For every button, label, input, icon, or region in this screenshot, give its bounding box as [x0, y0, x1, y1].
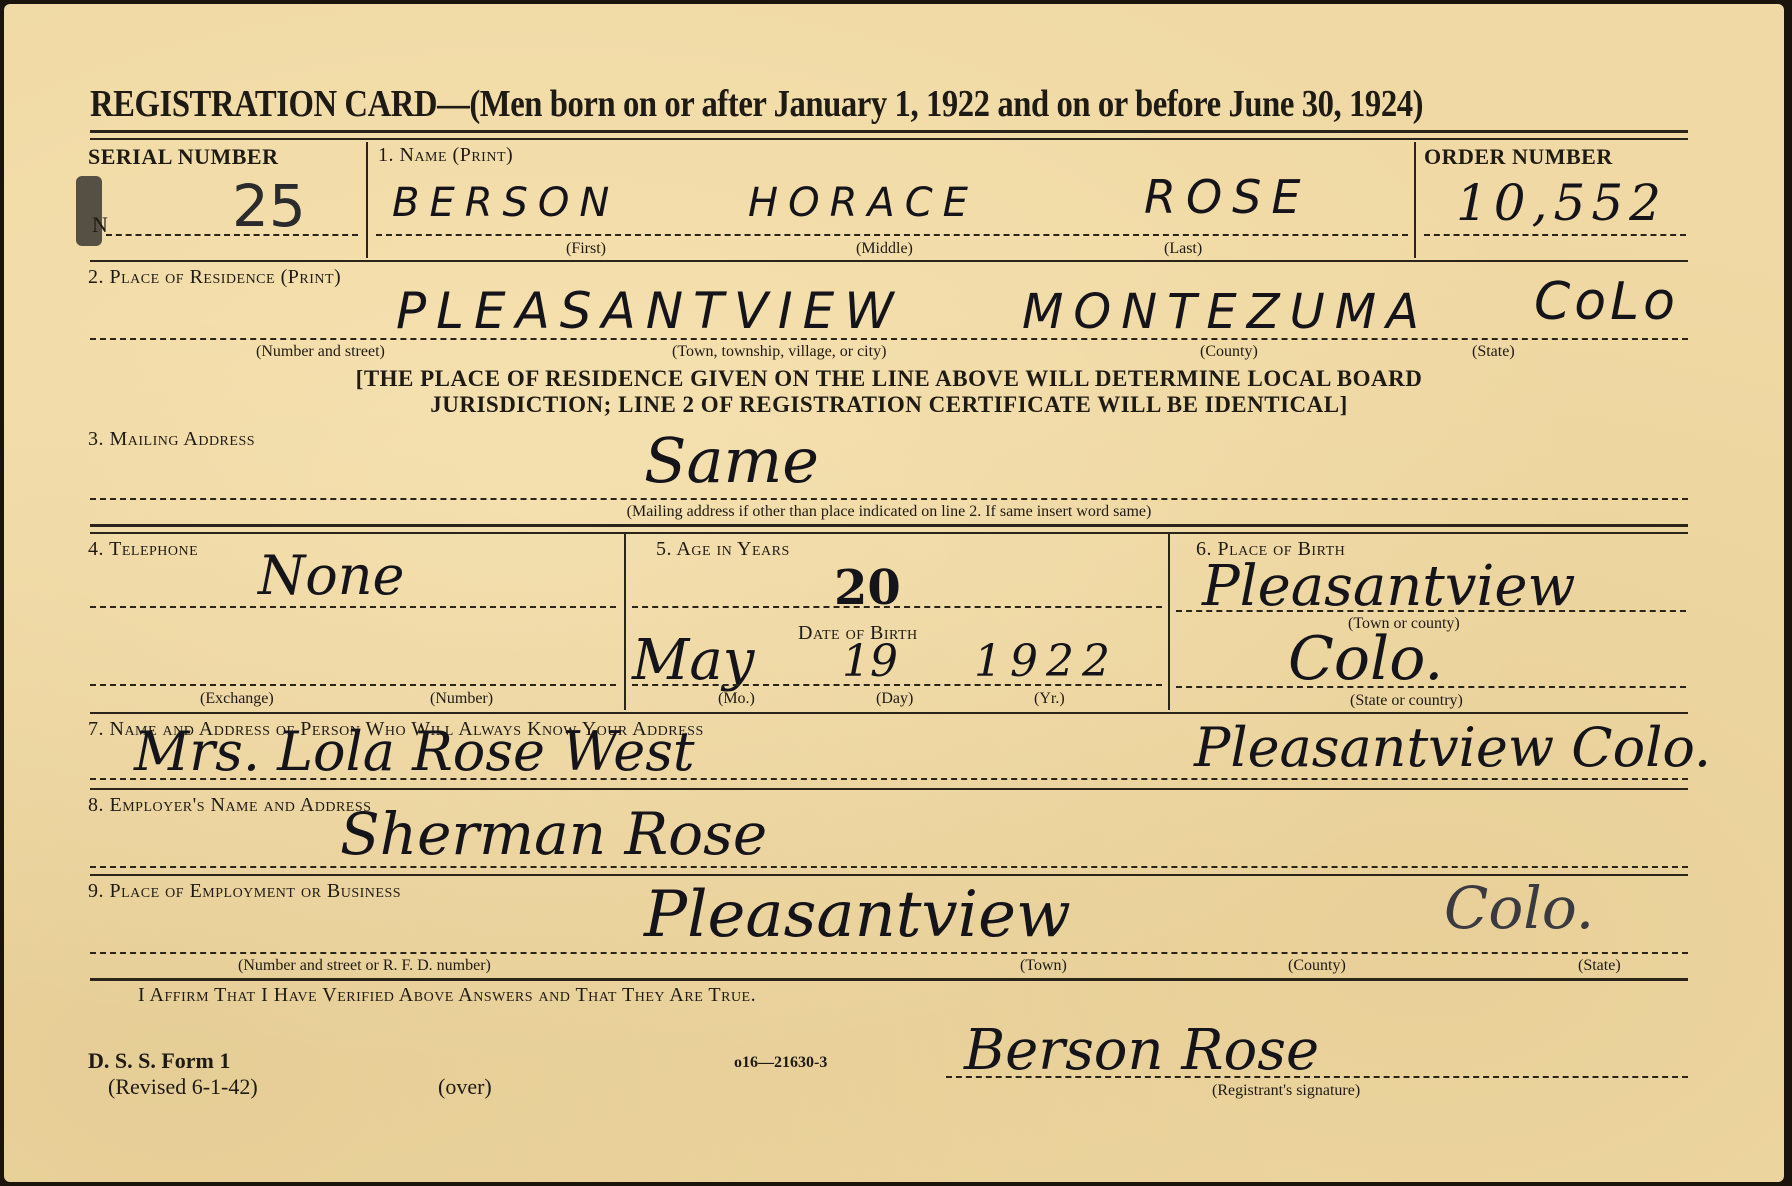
contact-name-value: Mrs. Lola Rose West — [134, 720, 695, 783]
county-caption: (County) — [1200, 343, 1258, 361]
state-caption-2: (State) — [1578, 957, 1621, 975]
employment-line — [90, 952, 1688, 954]
mailing-address-value: Same — [644, 424, 819, 497]
dob-day-value: 19 — [842, 636, 898, 687]
rule — [90, 138, 1688, 140]
year-caption: (Yr.) — [1034, 690, 1065, 708]
birthplace-line — [1176, 610, 1686, 612]
mailing-caption: (Mailing address if other than place ind… — [90, 503, 1688, 521]
first-caption: (First) — [566, 240, 606, 258]
telephone-line-2 — [90, 684, 616, 686]
divider — [1168, 534, 1170, 710]
telephone-label: 4. Telephone — [88, 538, 198, 561]
card-title: REGISTRATION CARD—(Men born on or after … — [90, 82, 1423, 126]
day-caption: (Day) — [876, 690, 913, 708]
employer-line — [90, 866, 1688, 868]
jurisdiction-notice-line2: JURISDICTION; LINE 2 OF REGISTRATION CER… — [90, 392, 1688, 418]
rule — [90, 712, 1688, 714]
mailing-line — [90, 498, 1688, 500]
order-number-value: 10,552 — [1456, 174, 1667, 232]
registrant-signature: Berson Rose — [964, 1018, 1319, 1083]
last-caption: (Last) — [1164, 240, 1202, 258]
serial-number-label: SERIAL NUMBER — [88, 144, 278, 170]
telephone-value: None — [258, 544, 405, 607]
contact-address-value: Pleasantview Colo. — [1194, 716, 1711, 779]
rule — [90, 978, 1688, 981]
affirmation-text: I Affirm That I Have Verified Above Answ… — [138, 984, 756, 1007]
serial-number-value: 25 — [232, 172, 306, 240]
telephone-line — [90, 606, 616, 608]
name-line — [376, 234, 1408, 236]
contact-line — [90, 778, 1688, 780]
rule — [90, 788, 1688, 790]
dob-year-value: 1922 — [974, 636, 1118, 687]
mailing-address-label: 3. Mailing Address — [88, 428, 255, 451]
residence-county-value: MONTEZUMA — [1022, 284, 1429, 340]
rfd-caption: (Number and street or R. F. D. number) — [238, 957, 491, 975]
name-label: 1. Name (Print) — [378, 144, 513, 167]
middle-name-value: HORACE — [748, 180, 978, 226]
employment-label: 9. Place of Employment or Business — [88, 880, 401, 903]
residence-town-value: PLEASANTVIEW — [396, 282, 904, 340]
signature-line — [946, 1076, 1688, 1078]
state-or-country-caption: (State or country) — [1350, 692, 1463, 710]
residence-state-value: CoLo — [1534, 272, 1679, 332]
number-caption: (Number) — [430, 690, 493, 708]
employer-label: 8. Employer's Name and Address — [88, 794, 371, 817]
town-caption: (Town, township, village, or city) — [672, 343, 886, 361]
order-number-label: ORDER NUMBER — [1424, 144, 1613, 170]
print-code: o16—21630-3 — [734, 1054, 827, 1072]
street-caption: (Number and street) — [256, 343, 385, 361]
jurisdiction-notice-line1: [THE PLACE OF RESIDENCE GIVEN ON THE LIN… — [90, 366, 1688, 392]
birthplace-state-value: Colo. — [1288, 624, 1443, 694]
employer-value: Sherman Rose — [340, 800, 767, 868]
residence-line — [90, 338, 1688, 340]
last-name-value: ROSE — [1144, 170, 1310, 224]
divider — [366, 142, 368, 258]
serial-line — [106, 234, 358, 236]
over-note: (over) — [438, 1074, 492, 1100]
county-caption-2: (County) — [1288, 957, 1346, 975]
form-number: D. S. S. Form 1 — [88, 1048, 230, 1074]
exchange-caption: (Exchange) — [200, 690, 274, 708]
middle-caption: (Middle) — [856, 240, 913, 258]
residence-label: 2. Place of Residence (Print) — [88, 266, 341, 289]
month-caption: (Mo.) — [718, 690, 755, 708]
dob-line — [632, 684, 1162, 686]
employment-state-value: Colo. — [1444, 874, 1594, 942]
registration-card: REGISTRATION CARD—(Men born on or after … — [4, 4, 1784, 1182]
birthplace-state-line — [1176, 686, 1686, 688]
order-line — [1424, 234, 1686, 236]
divider — [624, 534, 626, 710]
rule — [90, 130, 1688, 133]
state-caption: (State) — [1472, 343, 1515, 361]
signature-caption: (Registrant's signature) — [1212, 1082, 1360, 1100]
rule — [90, 532, 1688, 534]
age-label: 5. Age in Years — [656, 538, 790, 561]
revision-date: (Revised 6-1-42) — [108, 1074, 258, 1100]
employment-town-value: Pleasantview — [644, 878, 1071, 952]
town-caption-2: (Town) — [1020, 957, 1067, 975]
divider — [1414, 142, 1416, 258]
rule — [90, 524, 1688, 527]
rule — [90, 260, 1688, 262]
age-line — [632, 606, 1162, 608]
first-name-value: BERSON — [392, 180, 619, 226]
